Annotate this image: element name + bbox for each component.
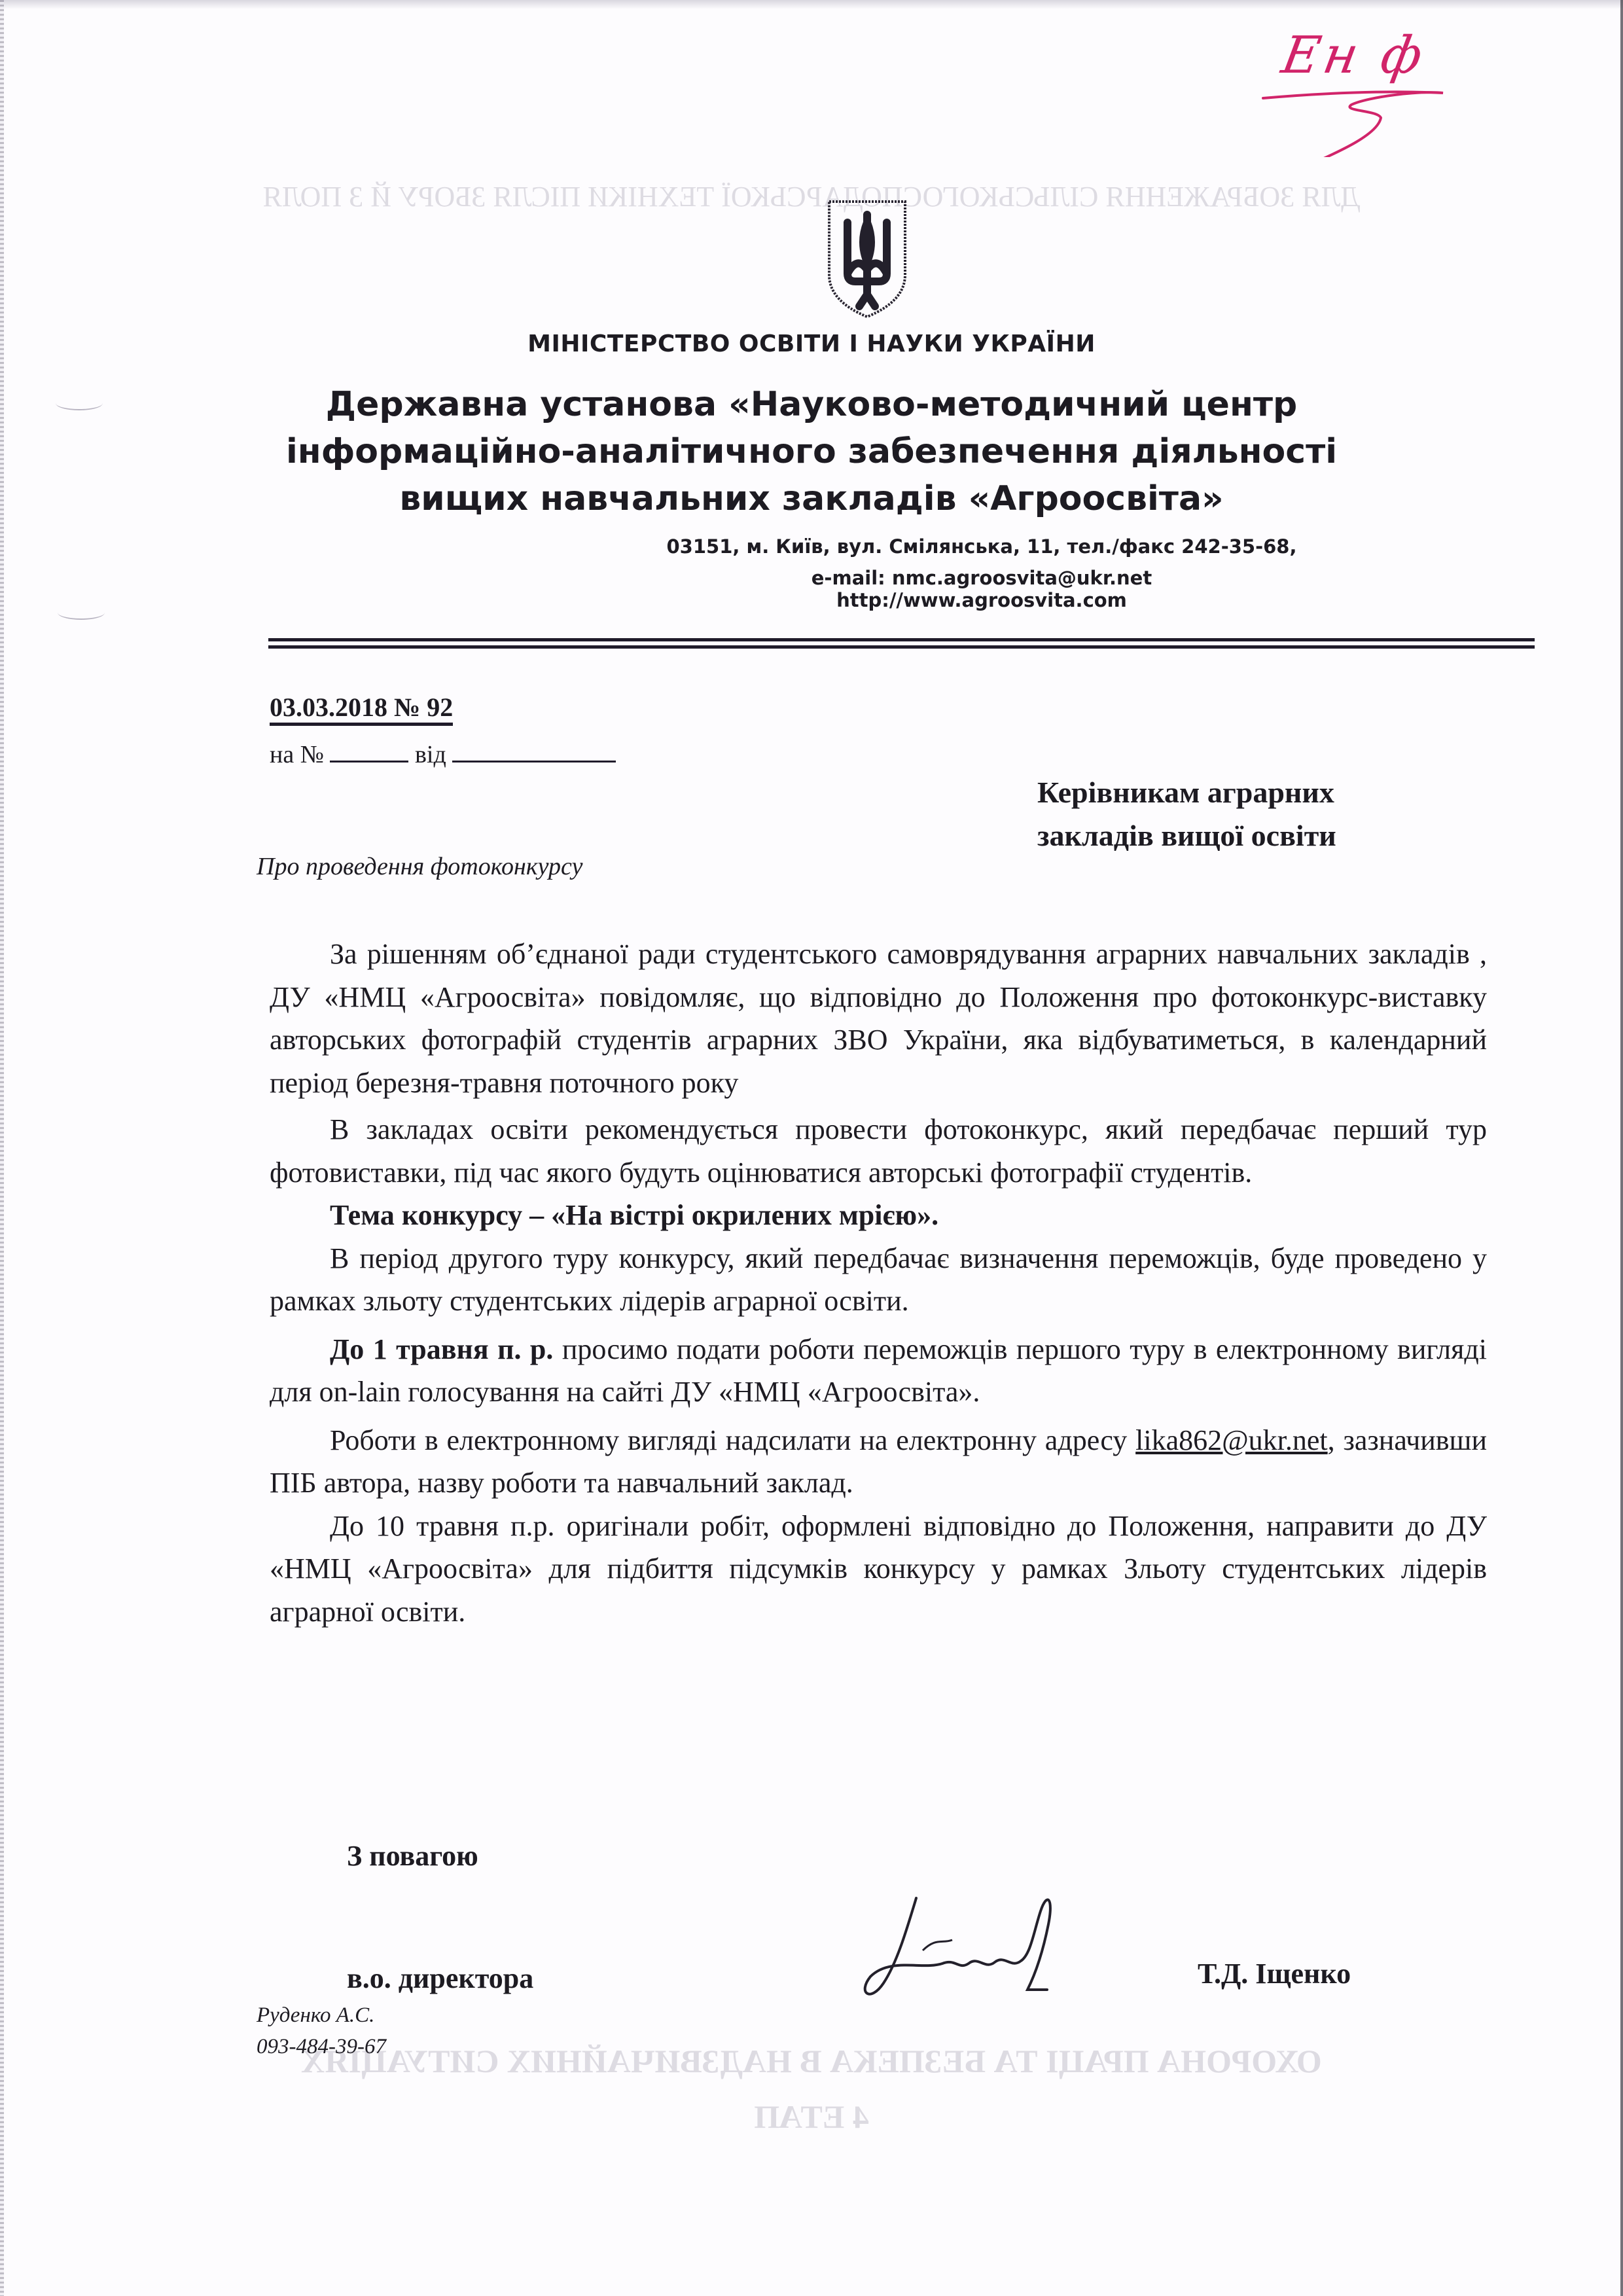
letterhead-divider — [268, 638, 1535, 653]
addressee: Керівникам аграрних закладів вищої освіт… — [1037, 771, 1336, 857]
organization-address: 03151, м. Київ, вул. Смілянська, 11, тел… — [654, 535, 1309, 558]
body-paragraph: До 1 травня п. р. просимо подати роботи … — [270, 1328, 1487, 1414]
bleed-through-text: 4 ЕТАП — [0, 2098, 1623, 2136]
reference-line: на № від — [270, 738, 616, 769]
body-paragraph: В закладах освіти рекомендується провест… — [270, 1108, 1487, 1194]
executor-name: Руденко А.С. — [257, 2000, 386, 2031]
executor-phone: 093-484-39-67 — [257, 2031, 386, 2062]
handwritten-signature-icon — [844, 1872, 1119, 2009]
body-paragraph: До 10 травня п.р. оригінали робіт, оформ… — [270, 1505, 1487, 1634]
reference-number-blank — [330, 738, 408, 762]
trident-coat-of-arms-icon — [821, 196, 913, 321]
organization-email[interactable]: e-mail: nmc.agroosvita@ukr.net — [811, 567, 1152, 589]
outgoing-number: 03.03.2018 № 92 — [270, 692, 453, 726]
submission-email-link[interactable]: lika862@ukr.net — [1135, 1424, 1327, 1456]
executor-info: Руденко А.С. 093-484-39-67 — [257, 2000, 386, 2062]
deadline-highlight: До 1 травня п. р. — [330, 1333, 553, 1365]
reference-date-blank — [452, 738, 616, 762]
body-paragraph: В період другого туру конкурсу, який пер… — [270, 1237, 1487, 1323]
punch-hole-mark — [58, 605, 105, 620]
signer-name: Т.Д. Іщенко — [1198, 1957, 1351, 1990]
addressee-line: закладів вищої освіти — [1037, 814, 1336, 857]
body-paragraph-text: Роботи в електронному вигляді надсилати … — [330, 1424, 1135, 1456]
reference-date-label: від — [415, 741, 446, 768]
body-paragraph: Роботи в електронному вигляді надсилати … — [270, 1419, 1487, 1505]
letter-subject: Про проведення фотоконкурсу — [257, 852, 583, 881]
organization-name-line: інформаційно-аналітичного забезпечення д… — [0, 428, 1623, 475]
addressee-line: Керівникам аграрних — [1037, 771, 1336, 814]
reference-number-label: на № — [270, 741, 324, 768]
scan-edge-top — [0, 0, 1623, 9]
organization-website[interactable]: http://www.agroosvita.com — [836, 589, 1127, 611]
organization-name: Державна установа «Науково-методичний це… — [0, 381, 1623, 522]
bleed-through-text: ДЛЯ ЗОБРАЖЕННЯ СІЛЬСЬКОГОСПОДАРСЬКОЇ ТЕХ… — [0, 180, 1623, 213]
body-paragraph: За рішенням об’єднаної ради студентськог… — [270, 933, 1487, 1104]
organization-name-line: Державна установа «Науково-методичний це… — [0, 381, 1623, 428]
organization-name-line: вищих навчальних закладів «Агроосвіта» — [0, 475, 1623, 522]
letter-body: За рішенням об’єднаної ради студентськог… — [270, 933, 1487, 1633]
contest-theme: Тема конкурсу – «На вістрі окрилених мрі… — [270, 1194, 1487, 1237]
bleed-through-text: ОХОРОНА ПРАЦІ ТА БЕЗПЕКА В НАДЗВИЧАЙНИХ … — [0, 2042, 1623, 2080]
handwritten-resolution: Ен ф — [1257, 13, 1466, 157]
closing-phrase: З повагою — [347, 1839, 478, 1873]
handwritten-flourish-icon — [1243, 13, 1453, 157]
signer-title: в.о. директора — [347, 1962, 533, 1995]
organization-contacts: e-mail: nmc.agroosvita@ukr.net http://ww… — [654, 567, 1309, 611]
ministry-name: МІНІСТЕРСТВО ОСВІТИ І НАУКИ УКРАЇНИ — [0, 331, 1623, 357]
